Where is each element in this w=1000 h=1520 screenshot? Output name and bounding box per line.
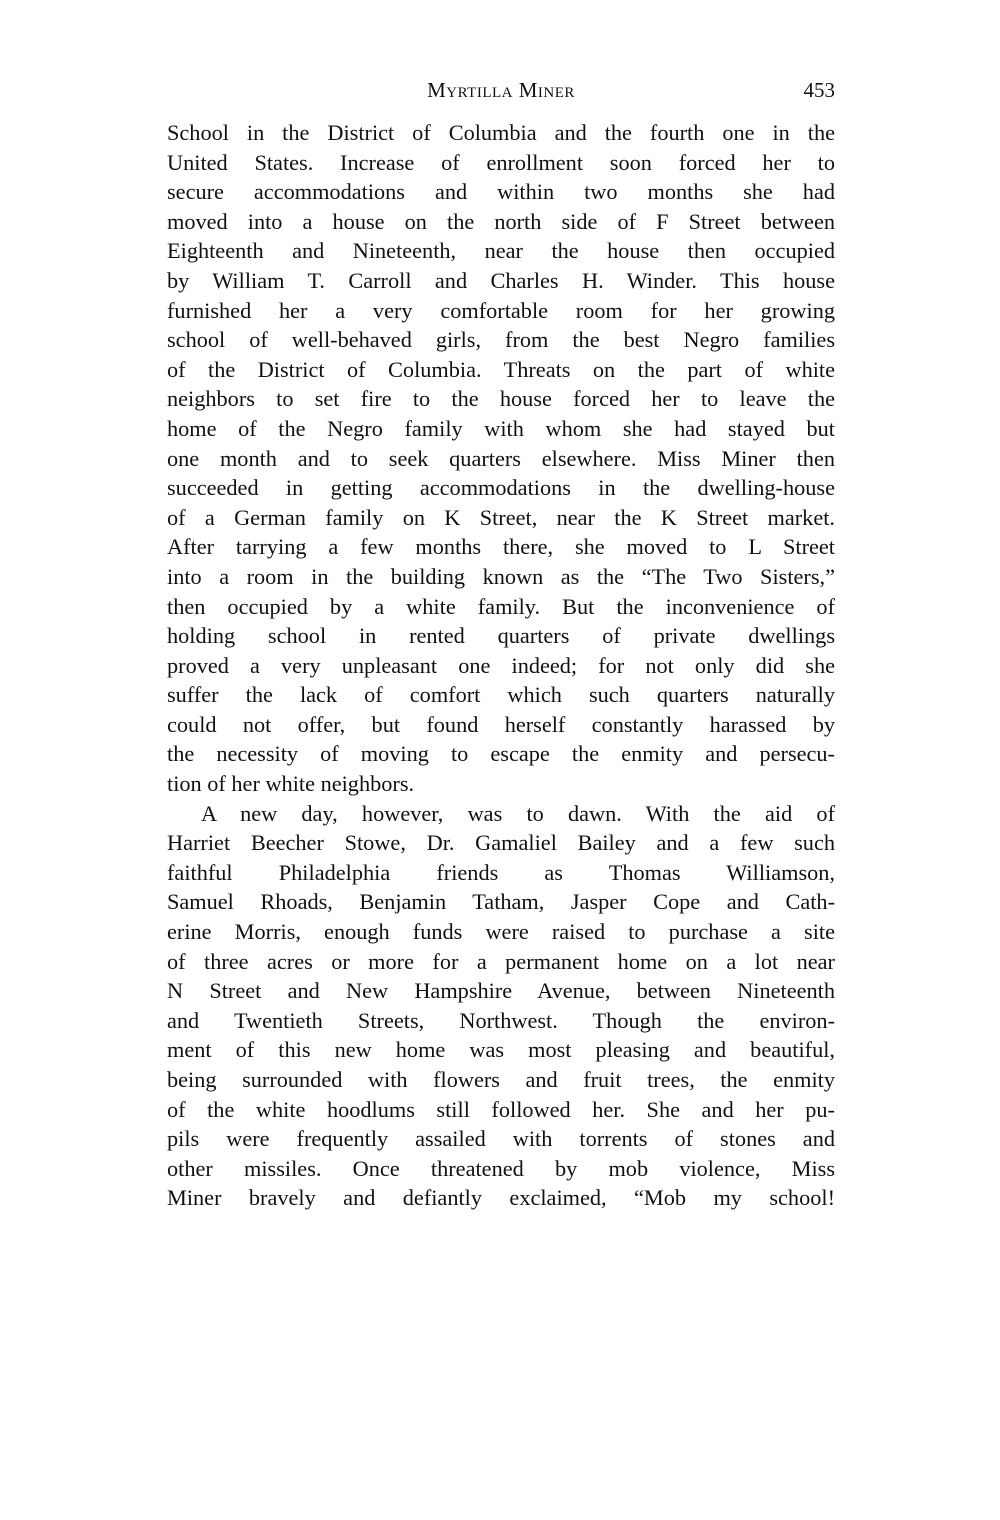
text-line: of the District of Columbia. Threats on …: [167, 355, 835, 385]
text-line: of the white hoodlums still followed her…: [167, 1095, 835, 1125]
text-line: School in the District of Columbia and t…: [167, 118, 835, 148]
text-line: of a German family on K Street, near the…: [167, 503, 835, 533]
running-title: Myrtilla Miner: [167, 78, 835, 103]
text-line: of three acres or more for a permanent h…: [167, 947, 835, 977]
text-line: one month and to seek quarters elsewhere…: [167, 444, 835, 474]
text-line: by William T. Carroll and Charles H. Win…: [167, 266, 835, 296]
text-line: school of well-behaved girls, from the b…: [167, 325, 835, 355]
text-line: being surrounded with flowers and fruit …: [167, 1065, 835, 1095]
text-line: Eighteenth and Nineteenth, near the hous…: [167, 236, 835, 266]
text-line: After tarrying a few months there, she m…: [167, 532, 835, 562]
text-line: Samuel Rhoads, Benjamin Tatham, Jasper C…: [167, 887, 835, 917]
document-page: Myrtilla Miner 453 School in the Distric…: [167, 78, 835, 1213]
paragraph: School in the District of Columbia and t…: [167, 118, 835, 799]
paragraph: A new day, however, was to dawn. With th…: [167, 799, 835, 1213]
page-number: 453: [804, 78, 836, 103]
text-line: home of the Negro family with whom she h…: [167, 414, 835, 444]
text-line: tion of her white neighbors.: [167, 769, 835, 799]
body-text: School in the District of Columbia and t…: [167, 118, 835, 1213]
text-line: proved a very unpleasant one indeed; for…: [167, 651, 835, 681]
text-line: could not offer, but found herself const…: [167, 710, 835, 740]
text-line: succeeded in getting accommodations in t…: [167, 473, 835, 503]
text-line: holding school in rented quarters of pri…: [167, 621, 835, 651]
text-line: furnished her a very comfortable room fo…: [167, 296, 835, 326]
text-line: faithful Philadelphia friends as Thomas …: [167, 858, 835, 888]
running-header: Myrtilla Miner 453: [167, 78, 835, 118]
text-line: United States. Increase of enrollment so…: [167, 148, 835, 178]
text-line: moved into a house on the north side of …: [167, 207, 835, 237]
text-line: ment of this new home was most pleasing …: [167, 1035, 835, 1065]
text-line: A new day, however, was to dawn. With th…: [167, 799, 835, 829]
text-line: N Street and New Hampshire Avenue, betwe…: [167, 976, 835, 1006]
text-line: the necessity of moving to escape the en…: [167, 739, 835, 769]
text-line: suffer the lack of comfort which such qu…: [167, 680, 835, 710]
text-line: neighbors to set fire to the house force…: [167, 384, 835, 414]
text-line: other missiles. Once threatened by mob v…: [167, 1154, 835, 1184]
text-line: pils were frequently assailed with torre…: [167, 1124, 835, 1154]
text-line: Miner bravely and defiantly exclaimed, “…: [167, 1183, 835, 1213]
text-line: Harriet Beecher Stowe, Dr. Gamaliel Bail…: [167, 828, 835, 858]
text-line: into a room in the building known as the…: [167, 562, 835, 592]
text-line: and Twentieth Streets, Northwest. Though…: [167, 1006, 835, 1036]
text-line: then occupied by a white family. But the…: [167, 592, 835, 622]
text-line: erine Morris, enough funds were raised t…: [167, 917, 835, 947]
text-line: secure accommodations and within two mon…: [167, 177, 835, 207]
